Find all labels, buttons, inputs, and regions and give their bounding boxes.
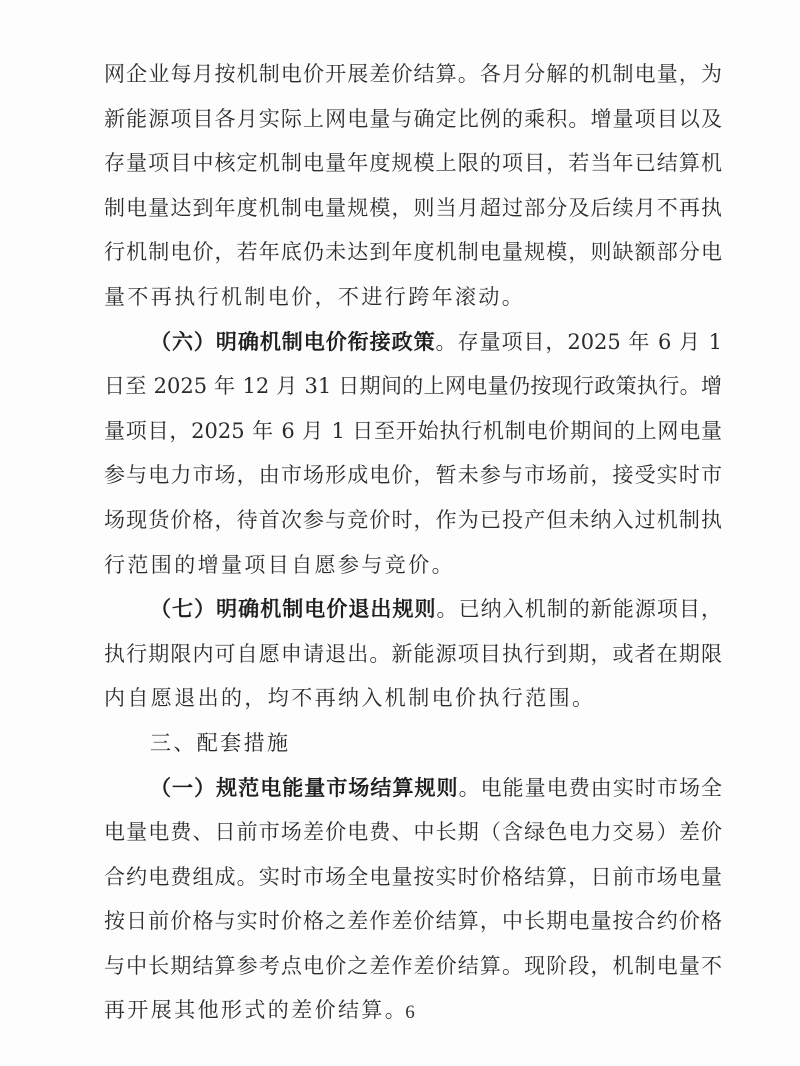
item-6-first-line: （六）明确机制电价衔接政策。存量项目，2025 年 6 月 1 (104, 320, 722, 365)
text-line: 行范围的增量项目自愿参与竞价。 (104, 543, 722, 588)
text-line: 量项目，2025 年 6 月 1 日至开始执行机制电价期间的上网电量 (104, 409, 722, 454)
text-line: 行机制电价，若年底仍未达到年度机制电量规模，则缺额部分电 (104, 230, 722, 275)
document-body: 网企业每月按机制电价开展差价结算。各月分解的机制电量，为 新能源项目各月实际上网… (104, 52, 722, 1033)
text-line: 内自愿退出的，均不再纳入机制电价执行范围。 (104, 676, 722, 721)
section-3-item-1-first-line: （一）规范电能量市场结算规则。电能量电费由实时市场全 (104, 766, 722, 811)
text-line: 执行期限内可自愿申请退出。新能源项目执行到期，或者在期限 (104, 632, 722, 677)
item-6-text: 。存量项目，2025 年 6 月 1 (436, 330, 722, 354)
section-heading: 三、配套措施 (104, 721, 722, 766)
text-line: 制电量达到年度机制电量规模，则当月超过部分及后续月不再执 (104, 186, 722, 231)
text-line: 量不再执行机制电价，不进行跨年滚动。 (104, 275, 722, 320)
text-line: 按日前价格与实时价格之差作差价结算，中长期电量按合约价格 (104, 899, 722, 944)
section-3-item-1-text: 。电能量电费由实时市场全 (459, 776, 722, 800)
page-number: 6 (400, 1002, 420, 1024)
text-line: 新能源项目各月实际上网电量与确定比例的乘积。增量项目以及 (104, 97, 722, 142)
text-line: 日至 2025 年 12 月 31 日期间的上网电量仍按现行政策执行。增 (104, 364, 722, 409)
section-3-item-1-title: （一）规范电能量市场结算规则 (150, 776, 459, 800)
item-7-first-line: （七）明确机制电价退出规则。已纳入机制的新能源项目， (104, 587, 722, 632)
text-line: 电量电费、日前市场差价电费、中长期（含绿色电力交易）差价 (104, 810, 722, 855)
text-line: 参与电力市场，由市场形成电价，暂未参与市场前，接受实时市 (104, 453, 722, 498)
text-line: 与中长期结算参考点电价之差作差价结算。现阶段，机制电量不 (104, 944, 722, 989)
item-7-text: 。已纳入机制的新能源项目， (437, 597, 722, 621)
text-line: 存量项目中核定机制电量年度规模上限的项目，若当年已结算机 (104, 141, 722, 186)
item-6-title: （六）明确机制电价衔接政策 (150, 330, 436, 354)
item-7-title: （七）明确机制电价退出规则 (150, 597, 437, 621)
text-line: 场现货价格，待首次参与竞价时，作为已投产但未纳入过机制执 (104, 498, 722, 543)
document-page: 网企业每月按机制电价开展差价结算。各月分解的机制电量，为 新能源项目各月实际上网… (0, 0, 800, 1066)
text-line: 合约电费组成。实时市场全电量按实时价格结算，日前市场电量 (104, 855, 722, 900)
text-line: 网企业每月按机制电价开展差价结算。各月分解的机制电量，为 (104, 52, 722, 97)
